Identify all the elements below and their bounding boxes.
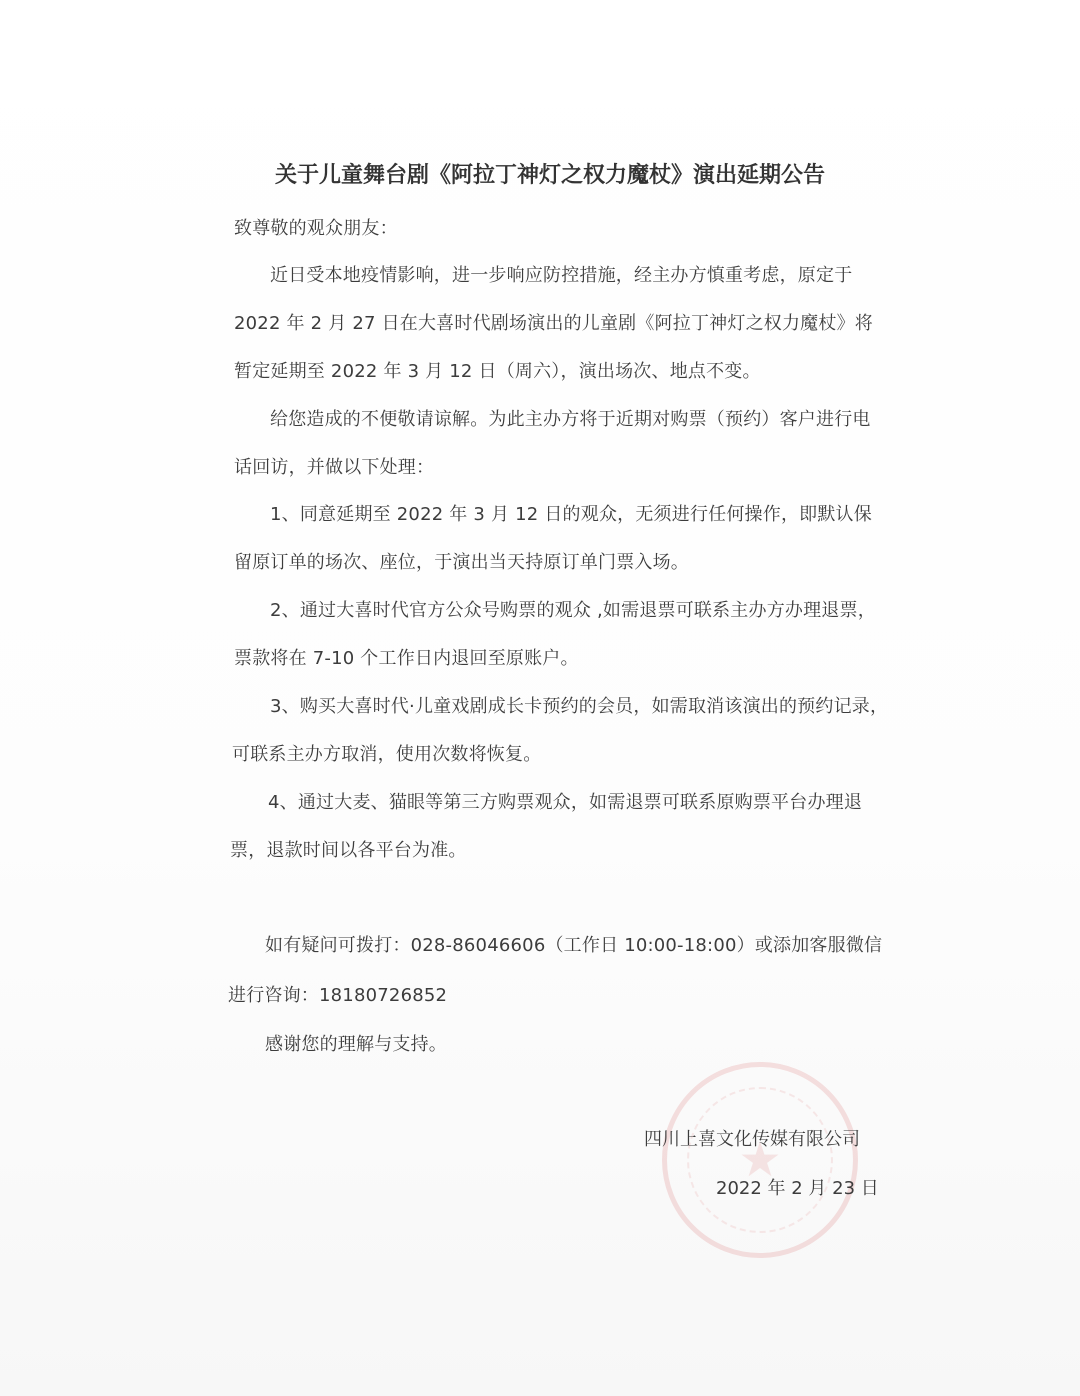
contact-line: 如有疑问可拨打：028-86046606（工作日 10:00-18:00）或添加… — [265, 931, 882, 957]
paragraph-line: 话回访，并做以下处理： — [234, 453, 434, 479]
list-item-line: 1、同意延期至 2022 年 3 月 12 日的观众，无须进行任何操作，即默认保 — [270, 500, 872, 526]
list-item-line: 可联系主办方取消，使用次数将恢复。 — [232, 740, 541, 766]
list-item-line: 票，退款时间以各平台为准。 — [230, 836, 467, 862]
list-item-line: 3、购买大喜时代·儿童戏剧成长卡预约的会员，如需取消该演出的预约记录， — [270, 692, 888, 718]
paragraph-line: 暂定延期至 2022 年 3 月 12 日（周六），演出场次、地点不变。 — [234, 357, 761, 383]
greeting: 致尊敬的观众朋友： — [234, 214, 398, 240]
paragraph-line: 2022 年 2 月 27 日在大喜时代剧场演出的儿童剧《阿拉丁神灯之权力魔杖》… — [234, 309, 873, 335]
list-item-line: 留原订单的场次、座位，于演出当天持原订单门票入场。 — [234, 548, 689, 574]
contact-line: 进行咨询：18180726852 — [228, 981, 447, 1007]
signature-company: 四川上喜文化传媒有限公司 — [644, 1125, 860, 1151]
paragraph-line: 近日受本地疫情影响，进一步响应防控措施，经主办方慎重考虑，原定于 — [270, 261, 852, 287]
company-seal-stamp: ★ — [662, 1062, 858, 1258]
document-page: 关于儿童舞台剧《阿拉丁神灯之权力魔杖》演出延期公告 致尊敬的观众朋友： 近日受本… — [0, 0, 1080, 1396]
thanks-line: 感谢您的理解与支持。 — [265, 1030, 447, 1056]
list-item-line: 4、通过大麦、猫眼等第三方购票观众，如需退票可联系原购票平台办理退 — [268, 788, 862, 814]
document-title: 关于儿童舞台剧《阿拉丁神灯之权力魔杖》演出延期公告 — [0, 158, 1080, 189]
list-item-line: 2、通过大喜时代官方公众号购票的观众 ,如需退票可联系主办方办理退票， — [270, 596, 876, 622]
paragraph-line: 给您造成的不便敬请谅解。为此主办方将于近期对购票（预约）客户进行电 — [270, 405, 871, 431]
signature-date: 2022 年 2 月 23 日 — [716, 1174, 879, 1200]
list-item-line: 票款将在 7-10 个工作日内退回至原账户。 — [234, 644, 579, 670]
